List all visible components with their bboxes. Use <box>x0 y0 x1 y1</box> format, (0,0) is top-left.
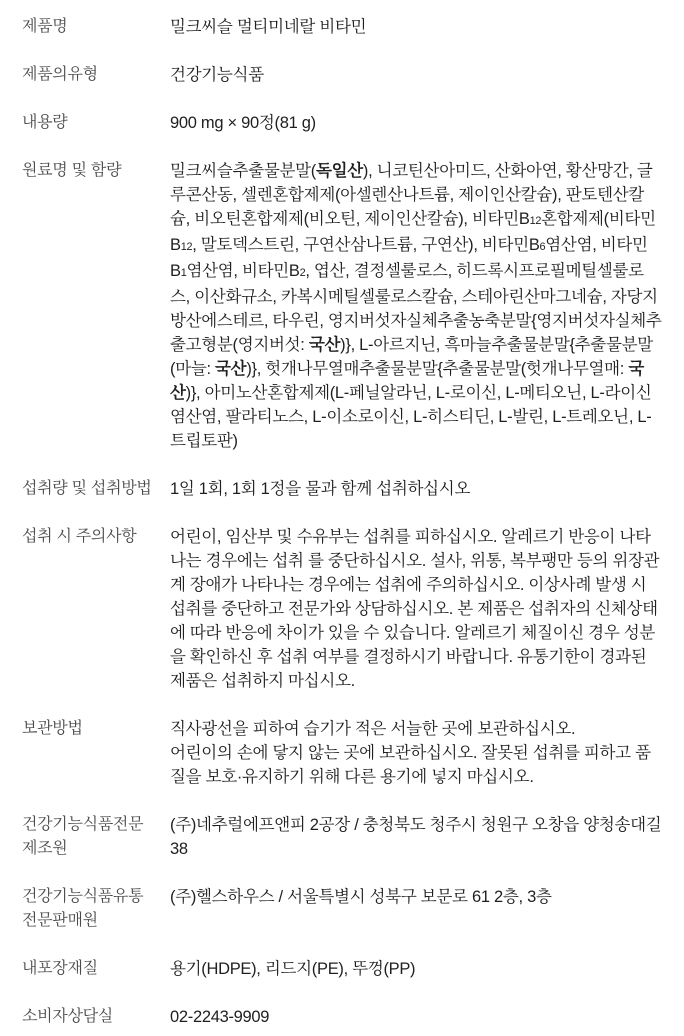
label-ingredients: 원료명 및 함량 <box>22 159 170 183</box>
row-net-content: 내용량 900 mg × 90정(81 g) <box>22 111 662 135</box>
label-net-content: 내용량 <box>22 111 170 135</box>
label-packaging: 내포장재질 <box>22 957 170 981</box>
ingredient-text-part: 12 <box>181 241 193 253</box>
label-customer-service: 소비자상담실 <box>22 1005 170 1029</box>
value-customer-service: 02-2243-9909 <box>170 1005 662 1029</box>
value-manufacturer: (주)네추럴에프앤피 2공장 / 충청북도 청주시 청원구 오창읍 양청송대길 … <box>170 813 662 861</box>
ingredient-text-part: 염산염, 비타민B <box>186 262 299 280</box>
value-distributor: (주)헬스하우스 / 서울특별시 성북구 보문로 61 2층, 3층 <box>170 885 662 909</box>
value-precautions: 어린이, 임산부 및 수유부는 섭취를 피하십시오. 알레르기 반응이 나타나는… <box>170 525 662 693</box>
value-ingredients: 밀크씨슬추출물분말(독일산), 니코틴산아미드, 산화아연, 황산망간, 글루콘… <box>170 159 662 453</box>
value-packaging: 용기(HDPE), 리드지(PE), 뚜껑(PP) <box>170 957 662 981</box>
row-customer-service: 소비자상담실 02-2243-9909 <box>22 1005 662 1029</box>
row-ingredients: 원료명 및 함량 밀크씨슬추출물분말(독일산), 니코틴산아미드, 산화아연, … <box>22 159 662 453</box>
value-product-type: 건강기능식품 <box>170 63 662 87</box>
product-info-sheet: 제품명 밀크씨슬 멀티미네랄 비타민 제품의유형 건강기능식품 내용량 900 … <box>0 0 684 1029</box>
label-storage: 보관방법 <box>22 717 170 741</box>
row-distributor: 건강기능식품유통 전문판매원 (주)헬스하우스 / 서울특별시 성북구 보문로 … <box>22 885 662 933</box>
row-dosage: 섭취량 및 섭취방법 1일 1회, 1회 1정을 물과 함께 섭취하십시오 <box>22 477 662 501</box>
value-dosage: 1일 1회, 1회 1정을 물과 함께 섭취하십시오 <box>170 477 662 501</box>
row-product-name: 제품명 밀크씨슬 멀티미네랄 비타민 <box>22 15 662 39</box>
ingredient-text-part: 국산 <box>215 360 246 378</box>
label-precautions: 섭취 시 주의사항 <box>22 525 170 549</box>
ingredient-text-part: 독일산 <box>316 162 363 180</box>
row-manufacturer: 건강기능식품전문 제조원 (주)네추럴에프앤피 2공장 / 충청북도 청주시 청… <box>22 813 662 861</box>
ingredient-text-part: , 말토덱스트린, 구연산삼나트륨, 구연산), 비타민B <box>192 236 539 254</box>
value-net-content: 900 mg × 90정(81 g) <box>170 111 662 135</box>
ingredient-text-part: )}, 헛개나무열매추출물분말{추출물분말(헛개나무열매: <box>246 360 628 378</box>
row-precautions: 섭취 시 주의사항 어린이, 임산부 및 수유부는 섭취를 피하십시오. 알레르… <box>22 525 662 693</box>
ingredient-text-part: 12 <box>530 215 542 227</box>
label-manufacturer: 건강기능식품전문 제조원 <box>22 813 170 861</box>
row-packaging: 내포장재질 용기(HDPE), 리드지(PE), 뚜껑(PP) <box>22 957 662 981</box>
ingredient-text-part: 국산 <box>309 336 340 354</box>
label-distributor: 건강기능식품유통 전문판매원 <box>22 885 170 933</box>
row-product-type: 제품의유형 건강기능식품 <box>22 63 662 87</box>
value-storage: 직사광선을 피하여 습기가 적은 서늘한 곳에 보관하십시오. 어린이의 손에 … <box>170 717 662 789</box>
label-product-name: 제품명 <box>22 15 170 39</box>
value-product-name: 밀크씨슬 멀티미네랄 비타민 <box>170 15 662 39</box>
ingredient-text-part: )}, 아미노산혼합제제(L-페닐알라닌, L-로이신, L-메티오닌, L-라… <box>170 384 652 450</box>
label-product-type: 제품의유형 <box>22 63 170 87</box>
row-storage: 보관방법 직사광선을 피하여 습기가 적은 서늘한 곳에 보관하십시오. 어린이… <box>22 717 662 789</box>
ingredient-text-part: 밀크씨슬추출물분말( <box>170 162 316 180</box>
label-dosage: 섭취량 및 섭취방법 <box>22 477 170 501</box>
